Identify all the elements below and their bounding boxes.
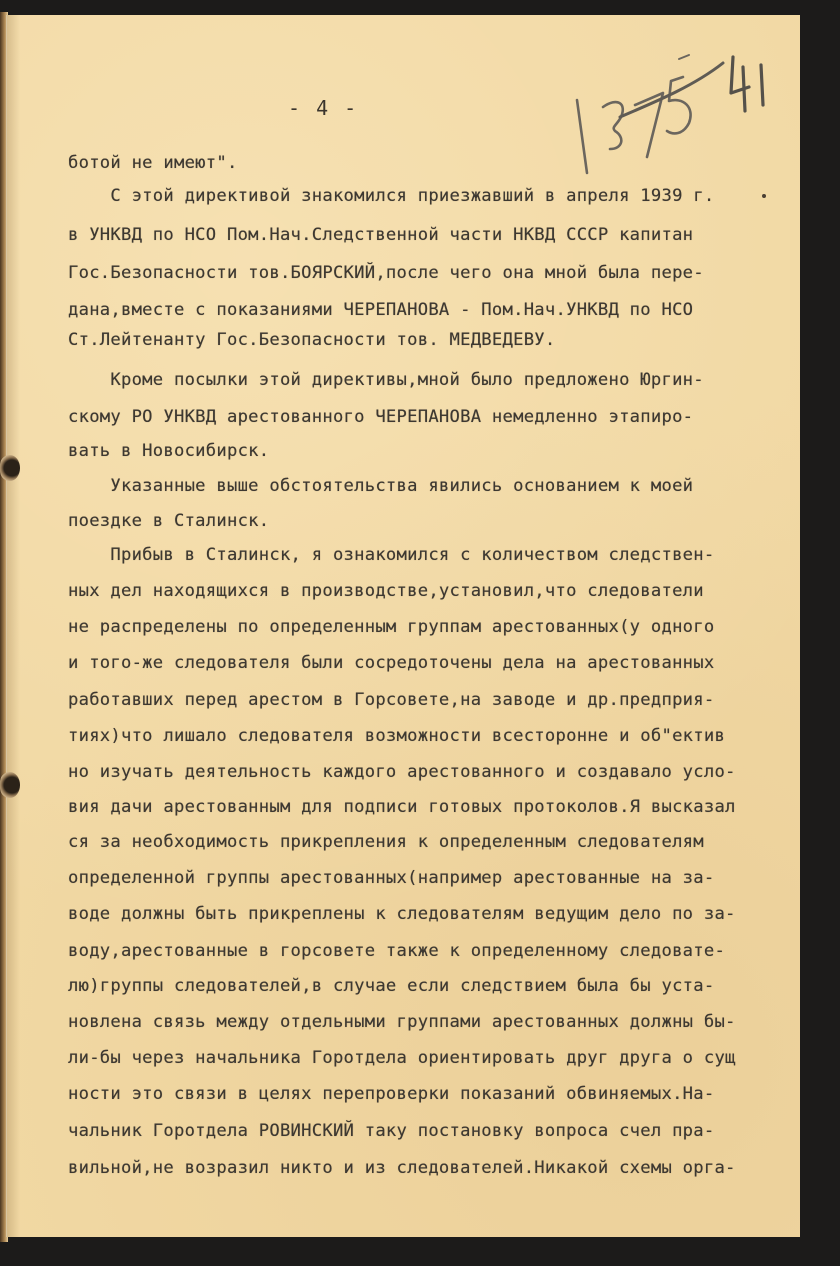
text-line: определенной группы арестованных(наприме… [68, 868, 714, 888]
text-line: ботой не имеют". [68, 153, 238, 173]
handwritten-digit-1 [761, 65, 763, 105]
ink-speck [762, 194, 766, 198]
archive-annotation-handwritten [565, 45, 775, 175]
text-line: не распределены по определенным группам … [68, 617, 714, 637]
text-line: Кроме посылки этой директивы,мной было п… [68, 370, 704, 390]
binding-hole [0, 455, 20, 481]
text-line: С этой директивой знакомился приезжавший… [68, 186, 714, 206]
text-line: Ст.Лейтенанту Гос.Безопасности тов. МЕДВ… [68, 330, 556, 350]
strike-through-line [620, 63, 723, 117]
text-line: ся за необходимость прикрепления к опред… [68, 832, 704, 852]
text-line: чальник Горотдела РОВИНСКИЙ таку постано… [68, 1121, 714, 1141]
text-line: лю)группы следователей,в случае если сле… [68, 976, 714, 996]
text-line: тиях)что лишало следователя возможности … [68, 726, 725, 746]
paper-edge-shadow [6, 15, 20, 1237]
handwritten-digit-7 [635, 93, 663, 157]
text-line: работавших перед арестом в Горсовете,на … [68, 690, 714, 710]
text-line: ных дел находящихся в производстве,устан… [68, 581, 704, 601]
text-line: вильной,не возразил никто и из следовате… [68, 1158, 736, 1178]
binding-hole [0, 772, 20, 798]
page-number: - 4 - [288, 96, 358, 120]
handwritten-digit-1 [577, 100, 587, 173]
text-line: Прибыв в Сталинск, я ознакомился с колич… [68, 545, 714, 565]
text-line: в УНКВД по НСО Пом.Нач.Следственной част… [68, 225, 693, 245]
text-line: вия дачи арестованным для подписи готовы… [68, 797, 736, 817]
text-line: поездке в Сталинск. [68, 511, 269, 531]
text-line: но изучать деятельность каждого арестова… [68, 762, 736, 782]
text-line: воду,арестованные в горсовете также к оп… [68, 941, 725, 961]
text-line: вать в Новосибирск. [68, 441, 269, 461]
text-line: ли-бы через начальника Горотдела ориенти… [68, 1048, 736, 1068]
text-line: ности это связи в целях перепроверки пок… [68, 1084, 714, 1104]
text-line: скому РО УНКВД арестованного ЧЕРЕПАНОВА … [68, 407, 693, 427]
handwritten-digit-3 [603, 102, 623, 149]
text-line: и того-же следователя были сосредоточены… [68, 653, 714, 673]
text-line: дана,вместе с показаниями ЧЕРЕПАНОВА - П… [68, 300, 693, 320]
handwritten-digit-4 [731, 57, 749, 93]
scanned-document: - 4 - ботой не имеют". С этой директивой… [0, 0, 840, 1266]
text-line: Указанные выше обстоятельства явились ос… [68, 476, 693, 496]
text-line: воде должны быть прикреплены к следовате… [68, 904, 736, 924]
text-line: Гос.Безопасности тов.БОЯРСКИЙ,после чего… [68, 263, 704, 283]
text-line: новлена связь между отдельными группами … [68, 1012, 736, 1032]
